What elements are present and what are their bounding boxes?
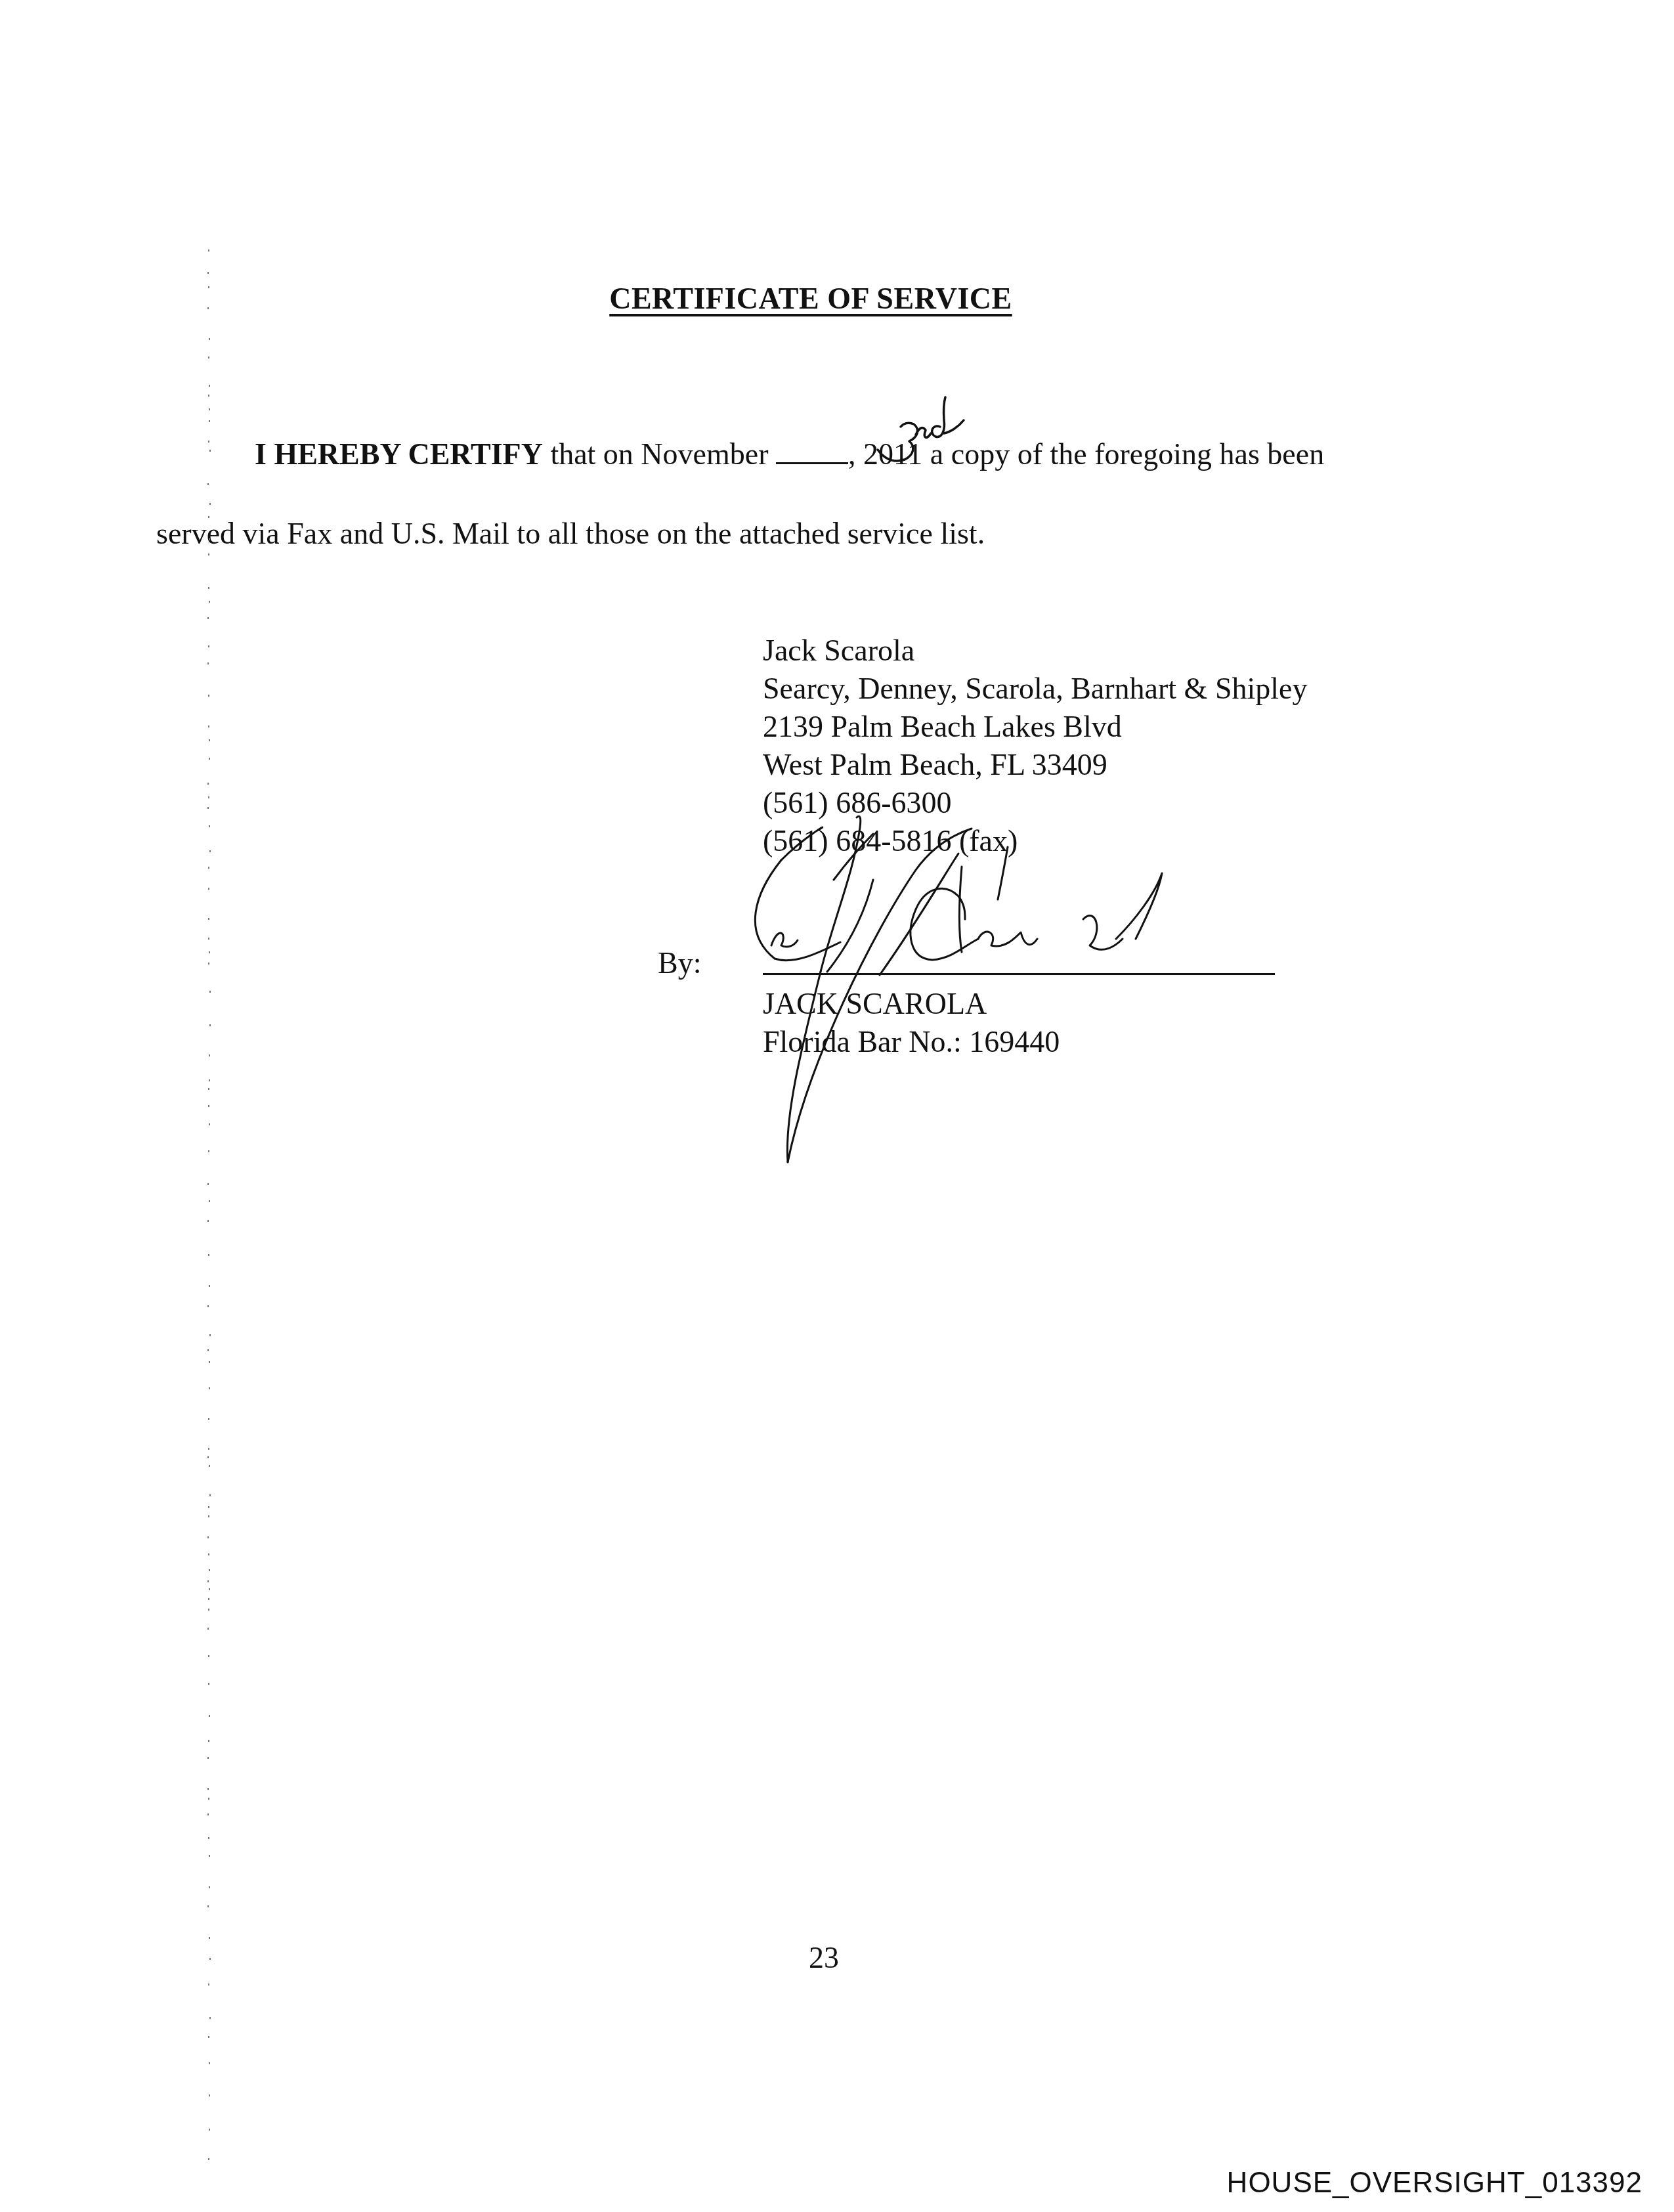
bar-number: Florida Bar No.: 169440 [763, 1023, 1060, 1061]
signature-name-block: JACK SCAROLA Florida Bar No.: 169440 [763, 985, 1060, 1061]
certificate-heading: CERTIFICATE OF SERVICE [609, 282, 1012, 315]
attorney-address-block: Jack Scarola Searcy, Denney, Scarola, Ba… [763, 632, 1307, 860]
certify-line-1: I HEREBY CERTIFY that on November , 2011… [255, 439, 1324, 469]
bates-stamp: HOUSE_OVERSIGHT_013392 [1227, 2167, 1642, 2200]
signature-icon [0, 0, 1674, 2212]
document-title: CERTIFICATE OF SERVICE [0, 281, 1621, 316]
attorney-name: Jack Scarola [763, 632, 1307, 670]
certify-text-before-date: that on November [543, 437, 776, 471]
certify-lead: I HEREBY CERTIFY [255, 437, 543, 471]
signed-name: JACK SCAROLA [763, 985, 1060, 1023]
handwritten-date-icon [0, 0, 1674, 2212]
date-blank [776, 439, 848, 464]
scan-margin-dots [0, 0, 1674, 2212]
signature-line [763, 973, 1275, 975]
certify-text-after-date: , 2011 a copy of the foregoing has been [848, 437, 1324, 471]
phone-number: (561) 686-6300 [763, 784, 1307, 822]
page-number: 23 [0, 1940, 1648, 1975]
firm-name: Searcy, Denney, Scarola, Barnhart & Ship… [763, 670, 1307, 708]
certify-line-2: served via Fax and U.S. Mail to all thos… [156, 519, 985, 549]
by-label: By: [658, 945, 701, 980]
street-address: 2139 Palm Beach Lakes Blvd [763, 708, 1307, 746]
fax-number: (561) 684-5816 (fax) [763, 822, 1307, 860]
city-state-zip: West Palm Beach, FL 33409 [763, 746, 1307, 784]
